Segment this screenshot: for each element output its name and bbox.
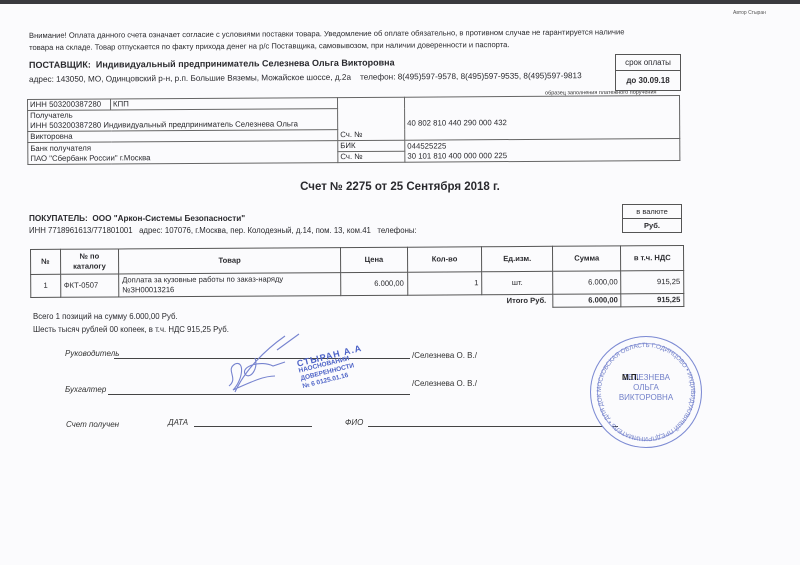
buyer-heading: ПОКУПАТЕЛЬ: ООО "Аркон-Системы Безопасно…: [29, 214, 245, 223]
seal-center-text: СЕЛЕЗНЕВА ОЛЬГА ВИКТОРОВНА: [591, 373, 701, 403]
col-price: Цена: [341, 247, 408, 272]
bank-name-cell: Банк получателя ПАО "Сбербанк России" г.…: [28, 141, 338, 165]
col-sum: Сумма: [552, 246, 621, 271]
buyer-details: ИНН 7718961613/771801001 адрес: 107076, …: [29, 226, 417, 235]
row-product-line2: №ЗН00013216: [122, 284, 337, 295]
supplier-label: ПОСТАВЩИК:: [29, 60, 91, 70]
scan-top-edge: [0, 0, 800, 4]
date-line: [194, 426, 312, 427]
buyer-name: ООО "Аркон-Системы Безопасности": [92, 214, 245, 223]
bik-label: БИК: [338, 140, 405, 151]
corr-label: Сч. №: [338, 151, 405, 162]
buyer-label: ПОКУПАТЕЛЬ:: [29, 214, 88, 223]
due-label: срок оплаты: [616, 55, 680, 70]
row-vat: 915,25: [621, 271, 684, 294]
director-name: /Селезнева О. В./: [412, 351, 477, 360]
recipient-line1: ИНН 503200387280 Индивидуальный предприн…: [30, 119, 335, 131]
handwritten-signature: [215, 330, 305, 400]
payment-due-box: срок оплаты до 30.09.18: [615, 54, 681, 91]
col-product: Товар: [119, 248, 341, 274]
bank-name: ПАО "Сбербанк России" г.Москва: [30, 152, 335, 164]
proxy-stamp: СТЫРАН А.А НАОСНОВАНИИ ДОВЕРЕННОСТИ № 6 …: [296, 344, 369, 391]
payment-warning: Внимание! Оплата данного счета означает …: [29, 26, 639, 54]
row-n: 1: [31, 274, 61, 297]
total-row: Итого Руб. 6.000,00 915,25: [31, 294, 684, 311]
account-number: 40 802 810 440 290 000 432: [405, 107, 680, 141]
inn-cell: ИНН 503200387280: [28, 99, 111, 111]
fio-line: [368, 426, 533, 427]
summary-line2: Шесть тысяч рублей 00 копеек, в т.ч. НДС…: [33, 323, 229, 336]
items-table: № № по каталогу Товар Цена Кол-во Ед.изм…: [30, 245, 684, 311]
received-label: Счет получен: [66, 420, 119, 429]
summary-line1: Всего 1 позиций на сумму 6.000,00 Руб.: [33, 310, 229, 323]
company-seal: МОСКОВСКАЯ ОБЛАСТЬ Г.ОДИНЦОВО • ИНДИВИДУ…: [590, 336, 702, 448]
col-qty: Кол-во: [407, 247, 482, 272]
supplier-phones: телефон: 8(495)597-9578, 8(495)597-9535,…: [360, 71, 582, 82]
bank-details-table: ИНН 503200387280 КПП Получатель ИНН 5032…: [27, 95, 680, 165]
accountant-name: /Селезнева О. В./: [412, 379, 477, 388]
col-vat: в т.ч. НДС: [621, 246, 684, 271]
bik-corr-cell: 044525225 30 101 810 400 000 000 225: [405, 139, 680, 163]
corr-account: 30 101 810 400 000 000 225: [407, 150, 677, 162]
date-label: ДАТА: [168, 418, 188, 427]
summary-block: Всего 1 позиций на сумму 6.000,00 Руб. Ш…: [33, 310, 229, 336]
col-unit: Ед.изм.: [482, 246, 553, 271]
invoice-title: Счет № 2275 от 25 Сентября 2018 г.: [0, 181, 800, 193]
accountant-label: Бухгалтер: [65, 385, 106, 394]
account-label: Сч. №: [338, 108, 405, 140]
total-label: Итого Руб.: [31, 294, 553, 310]
row-sum: 6.000,00: [553, 271, 622, 294]
currency-box: в валюте Руб.: [622, 204, 682, 233]
author-note: Автор Стыран: [733, 10, 766, 16]
col-catalog: № по каталогу: [60, 249, 118, 274]
director-label: Руководитель: [65, 349, 119, 358]
row-price: 6.000,00: [341, 272, 408, 295]
col-n: №: [31, 249, 61, 274]
supplier-address: адрес: 143050, МО, Одинцовский р-н, р.п.…: [29, 73, 351, 84]
row-product: Доплата за кузовные работы по заказ-наря…: [119, 273, 341, 297]
recipient-cell: Получатель ИНН 503200387280 Индивидуальн…: [28, 109, 338, 132]
row-qty: 1: [407, 272, 482, 295]
total-sum: 6.000,00: [553, 294, 622, 307]
row-catalog: ФКТ-0507: [60, 274, 118, 297]
supplier-heading: ПОСТАВЩИК: Индивидуальный предпринимател…: [29, 57, 395, 70]
fio-label: ФИО: [345, 418, 363, 427]
total-vat: 915,25: [621, 294, 684, 307]
seal-place-label: М.П.: [622, 373, 639, 382]
supplier-address-block: адрес: 143050, МО, Одинцовский р-н, р.п.…: [29, 70, 609, 86]
supplier-name: Индивидуальный предприниматель Селезнева…: [96, 57, 395, 69]
row-unit: шт.: [482, 271, 553, 294]
currency-value: Руб.: [623, 218, 681, 232]
due-date: до 30.09.18: [616, 70, 680, 90]
currency-label: в валюте: [623, 205, 681, 218]
